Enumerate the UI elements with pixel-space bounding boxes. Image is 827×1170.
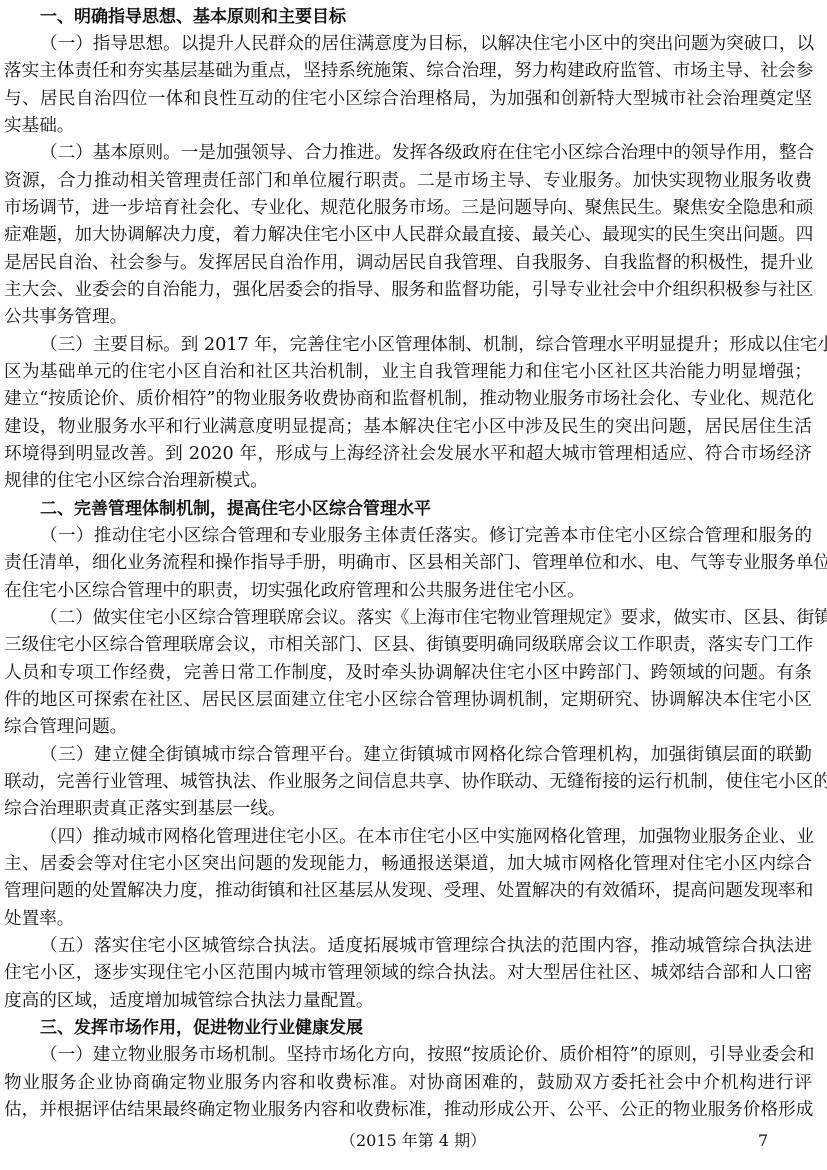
paragraph-line: 联动，完善行业管理、城管执法、作业服务之间信息共享、协作联动、无缝衔接的运行机制…: [4, 769, 812, 796]
paragraph-line: 估，并根据评估结果最终确定物业服务内容和收费标准，推动形成公开、公平、公正的物业…: [4, 1097, 812, 1124]
paragraph-line: 规律的住宅小区综合治理新模式。: [4, 468, 812, 495]
paragraph-line: （一）建立物业服务市场机制。坚持市场化方向，按照“按质论价、质价相符”的原则，引…: [40, 1042, 812, 1069]
paragraph-line: 是居民自治、社会参与。发挥居民自治作用，调动居民自我管理、自我服务、自我监督的积…: [4, 250, 812, 277]
paragraph-line: 责任清单，细化业务流程和操作指导手册，明确市、区县相关部门、管理单位和水、电、气…: [4, 550, 812, 577]
paragraph-line: 在住宅小区综合管理中的职责，切实强化政府管理和公共服务进住宅小区。: [4, 578, 812, 605]
paragraph-line: 综合治理职责真正落实到基层一线。: [4, 796, 812, 823]
paragraph-line: 环境得到明显改善。到 2020 年，形成与上海经济社会发展水平和超大城市管理相适…: [4, 441, 812, 468]
section-heading-1: 一、明确指导思想、基本原则和主要目标: [40, 4, 812, 31]
paragraph-line: 市场调节，进一步培育社会化、专业化、规范化服务市场。三是问题导向、聚焦民生。聚焦…: [4, 195, 812, 222]
paragraph-line: 落实主体责任和夯实基层基础为重点，坚持系统施策、综合治理，努力构建政府监管、市场…: [4, 58, 812, 85]
paragraph-line: 症难题，加大协调解决力度，着力解决住宅小区中人民群众最直接、最关心、最现实的民生…: [4, 222, 812, 249]
section-heading-2: 二、完善管理体制机制，提高住宅小区综合管理水平: [40, 496, 812, 523]
paragraph-line: 区为基础单元的住宅小区自治和社区共治机制，业主自我管理能力和住宅小区社区共治能力…: [4, 359, 812, 386]
paragraph-line: （三）主要目标。到 2017 年，完善住宅小区管理体制、机制，综合管理水平明显提…: [40, 332, 812, 359]
paragraph-line: 建设，物业服务水平和行业满意度明显提高；基本解决住宅小区中涉及民生的突出问题，居…: [4, 414, 812, 441]
paragraph-line: 实基础。: [4, 113, 812, 140]
paragraph-line: 主、居委会等对住宅小区突出问题的发现能力，畅通报送渠道，加大城市网格化管理对住宅…: [4, 851, 812, 878]
issue-label: （2015 年第 4 期）: [340, 1129, 486, 1153]
paragraph-line: 处置率。: [4, 906, 812, 933]
paragraph-line: （四）推动城市网格化管理进住宅小区。在本市住宅小区中实施网格化管理，加强物业服务…: [40, 824, 812, 851]
paragraph-line: 综合管理问题。: [4, 714, 812, 741]
paragraph-line: 资源，合力推动相关管理责任部门和单位履行职责。二是市场主导、专业服务。加快实现物…: [4, 168, 812, 195]
paragraph-line: 建立“按质论价、质价相符”的物业服务收费协商和监督机制，推动物业服务市场社会化、…: [4, 386, 812, 413]
paragraph-line: 件的地区可探索在社区、居民区层面建立住宅小区综合管理协调机制，定期研究、协调解决…: [4, 687, 812, 714]
document-page: 一、明确指导思想、基本原则和主要目标 （一）指导思想。以提升人民群众的居住满意度…: [0, 0, 827, 1170]
paragraph-line: （二）做实住宅小区综合管理联席会议。落实《上海市住宅物业管理规定》要求，做实市、…: [40, 605, 812, 632]
paragraph-line: （五）落实住宅小区城管综合执法。适度拓展城市管理综合执法的范围内容，推动城管综合…: [40, 933, 812, 960]
paragraph-line: （二）基本原则。一是加强领导、合力推进。发挥各级政府在住宅小区综合治理中的领导作…: [40, 140, 812, 167]
paragraph-line: 管理问题的处置解决力度，推动街镇和社区基层从发现、受理、处置解决的有效循环，提高…: [4, 878, 812, 905]
paragraph-line: 住宅小区，逐步实现住宅小区范围内城市管理领域的综合执法。对大型居住社区、城郊结合…: [4, 960, 812, 987]
paragraph-line: （一）指导思想。以提升人民群众的居住满意度为目标，以解决住宅小区中的突出问题为突…: [40, 31, 812, 58]
paragraph-line: （三）建立健全街镇城市综合管理平台。建立街镇城市网格化综合管理机构，加强街镇层面…: [40, 742, 812, 769]
paragraph-line: 人员和专项工作经费，完善日常工作制度，及时牵头协调解决住宅小区中跨部门、跨领域的…: [4, 660, 812, 687]
paragraph-line: 度高的区域，适度增加城管综合执法力量配置。: [4, 988, 812, 1015]
paragraph-line: 公共事务管理。: [4, 304, 812, 331]
page-number: 7: [758, 1129, 768, 1153]
paragraph-line: 物业服务企业协商确定物业服务内容和收费标准。对协商困难的，鼓励双方委托社会中介机…: [4, 1070, 812, 1097]
paragraph-line: （一）推动住宅小区综合管理和专业服务主体责任落实。修订完善本市住宅小区综合管理和…: [40, 523, 812, 550]
paragraph-line: 主大会、业委会的自治能力，强化居委会的指导、服务和监督功能，引导专业社会中介组织…: [4, 277, 812, 304]
section-heading-3: 三、发挥市场作用，促进物业行业健康发展: [40, 1015, 812, 1042]
paragraph-line: 与、居民自治四位一体和良性互动的住宅小区综合治理格局，为加强和创新特大型城市社会…: [4, 86, 812, 113]
paragraph-line: 三级住宅小区综合管理联席会议，市相关部门、区县、街镇要明确同级联席会议工作职责，…: [4, 632, 812, 659]
